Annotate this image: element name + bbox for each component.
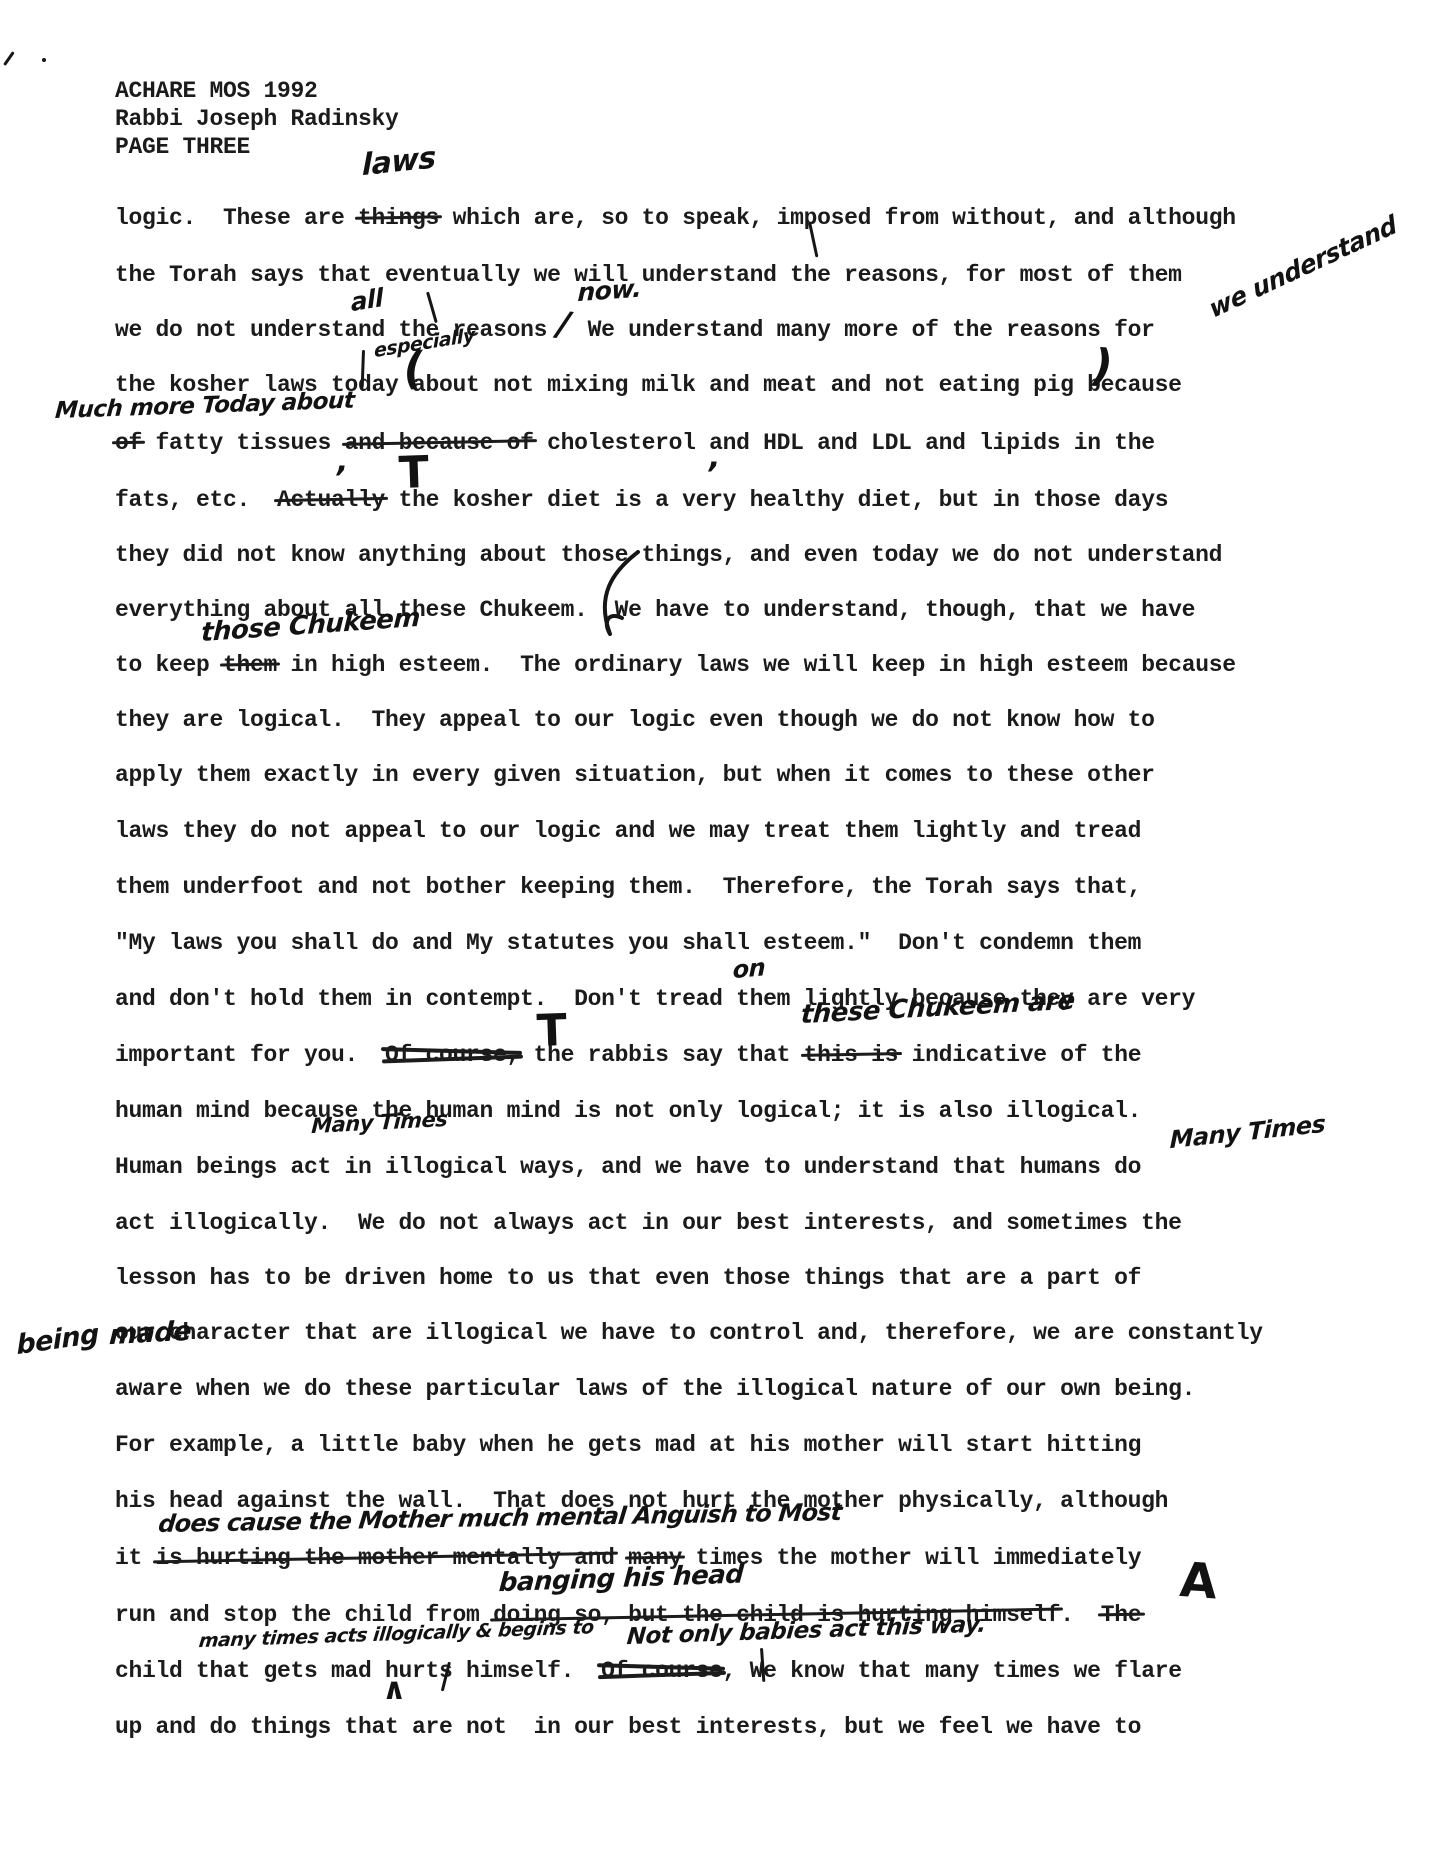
text-segment: we do not understand the reasons We unde…: [115, 317, 1155, 343]
inserted-comma: ,: [709, 440, 720, 475]
typed-line: our character that are illogical we have…: [115, 1320, 1263, 1346]
text-segment: "My laws you shall do and My statutes yo…: [115, 930, 1141, 956]
capital-t-overwrite: T: [398, 447, 429, 499]
typed-line: fats, etc. Actually the kosher diet is a…: [115, 487, 1168, 513]
text-segment: lesson has to be driven home to us that …: [115, 1265, 1141, 1291]
struck-text: Of course: [601, 1658, 723, 1684]
pen-mark: [3, 51, 15, 66]
doc-author: Rabbi Joseph Radinsky: [115, 106, 399, 132]
text-segment: , We know that many times we flare: [723, 1658, 1182, 1684]
text-segment: they did not know anything about those t…: [115, 542, 1222, 568]
handwriting-made: made: [108, 1316, 192, 1351]
text-segment: they are logical. They appeal to our log…: [115, 707, 1155, 733]
typed-line: of fatty tissues and because of choleste…: [115, 430, 1155, 456]
text-segment: aware when we do these particular laws o…: [115, 1376, 1195, 1402]
text-segment: apply them exactly in every given situat…: [115, 762, 1155, 788]
inserted-comma: ,: [337, 444, 348, 479]
typed-line: the Torah says that eventually we will u…: [115, 262, 1182, 288]
typed-line: apply them exactly in every given situat…: [115, 762, 1155, 788]
text-segment: act illogically. We do not always act in…: [115, 1210, 1182, 1236]
margin-note-being: being: [16, 1318, 99, 1361]
text-segment: important for you.: [115, 1042, 385, 1068]
text-segment: laws they do not appeal to our logic and…: [115, 818, 1141, 844]
struck-text: Actually: [277, 487, 385, 513]
typed-line: we do not understand the reasons We unde…: [115, 317, 1155, 343]
text-segment: times the mother will immediately: [682, 1545, 1141, 1571]
text-segment: logic. These are: [115, 205, 358, 231]
text-segment: the kosher diet is a very healthy diet, …: [385, 487, 1168, 513]
typed-line: to keep them in high esteem. The ordinar…: [115, 652, 1236, 678]
doc-page-number: PAGE THREE: [115, 134, 250, 160]
inserted-open-paren: (: [402, 343, 424, 395]
insertion-stroke: [588, 548, 652, 648]
doc-title: ACHARE MOS 1992: [115, 78, 318, 104]
struck-text: and because of: [345, 430, 534, 456]
typed-line: laws they do not appeal to our logic and…: [115, 818, 1141, 844]
typed-line: For example, a little baby when he gets …: [115, 1432, 1141, 1458]
typed-line: Human beings act in illogical ways, and …: [115, 1154, 1141, 1180]
text-segment: indicative of the: [898, 1042, 1141, 1068]
handwriting-laws: laws: [362, 140, 436, 183]
handwriting-now: now.: [577, 274, 642, 308]
struck-text: things: [358, 205, 439, 231]
handwriting-on: on: [733, 953, 766, 984]
struck-text: of: [115, 430, 142, 456]
struck-text: them: [223, 652, 277, 678]
typed-line: they are logical. They appeal to our log…: [115, 707, 1155, 733]
typed-line: act illogically. We do not always act in…: [115, 1210, 1182, 1236]
text-segment: human mind because the human mind is not…: [115, 1098, 1141, 1124]
text-segment: them underfoot and not bother keeping th…: [115, 874, 1141, 900]
text-segment: to keep: [115, 652, 223, 678]
text-segment: child that gets mad hurts himself.: [115, 1658, 601, 1684]
typed-line: they did not know anything about those t…: [115, 542, 1222, 568]
typed-line: "My laws you shall do and My statutes yo…: [115, 930, 1141, 956]
typed-line: human mind because the human mind is not…: [115, 1098, 1141, 1124]
capital-t-overwrite: T: [536, 1005, 567, 1057]
typed-line: up and do things that are not in our bes…: [115, 1714, 1141, 1740]
typed-line: child that gets mad hurts himself. Of co…: [115, 1658, 1182, 1684]
typed-line: important for you. Of course, the rabbis…: [115, 1042, 1141, 1068]
text-segment: .: [1060, 1602, 1101, 1628]
text-segment: in high esteem. The ordinary laws we wil…: [277, 652, 1236, 678]
margin-note-much-more-today: Much more Today about: [54, 388, 355, 425]
capital-a-overwrite: A: [1178, 1552, 1218, 1610]
handwriting-all: all: [350, 283, 384, 317]
text-segment: which are, so to speak, imposed from wit…: [439, 205, 1236, 231]
document-page: ACHARE MOS 1992 Rabbi Joseph Radinsky PA…: [0, 0, 1430, 1851]
text-segment: cholesterol and HDL and LDL and lipids i…: [534, 430, 1155, 456]
struck-text: this is: [804, 1042, 899, 1068]
typed-line: lesson has to be driven home to us that …: [115, 1265, 1141, 1291]
text-segment: Human beings act in illogical ways, and …: [115, 1154, 1141, 1180]
text-segment: fats, etc.: [115, 487, 277, 513]
insertion-caret: ∧: [382, 1672, 406, 1707]
typed-line: aware when we do these particular laws o…: [115, 1376, 1195, 1402]
struck-text: Of course,: [385, 1042, 520, 1068]
typed-line: them underfoot and not bother keeping th…: [115, 874, 1141, 900]
pen-mark: [42, 58, 46, 62]
text-segment: our character that are illogical we have…: [115, 1320, 1263, 1346]
text-segment: it: [115, 1545, 156, 1571]
margin-note-many-times: Many Times: [1170, 1110, 1326, 1155]
typed-line: logic. These are things which are, so to…: [115, 205, 1236, 231]
text-segment: fatty tissues: [142, 430, 345, 456]
inserted-close-paren: ): [1091, 340, 1113, 392]
text-segment: up and do things that are not in our bes…: [115, 1714, 1141, 1740]
text-segment: For example, a little baby when he gets …: [115, 1432, 1141, 1458]
struck-text: The: [1101, 1602, 1142, 1628]
text-segment: the Torah says that eventually we will u…: [115, 262, 1182, 288]
